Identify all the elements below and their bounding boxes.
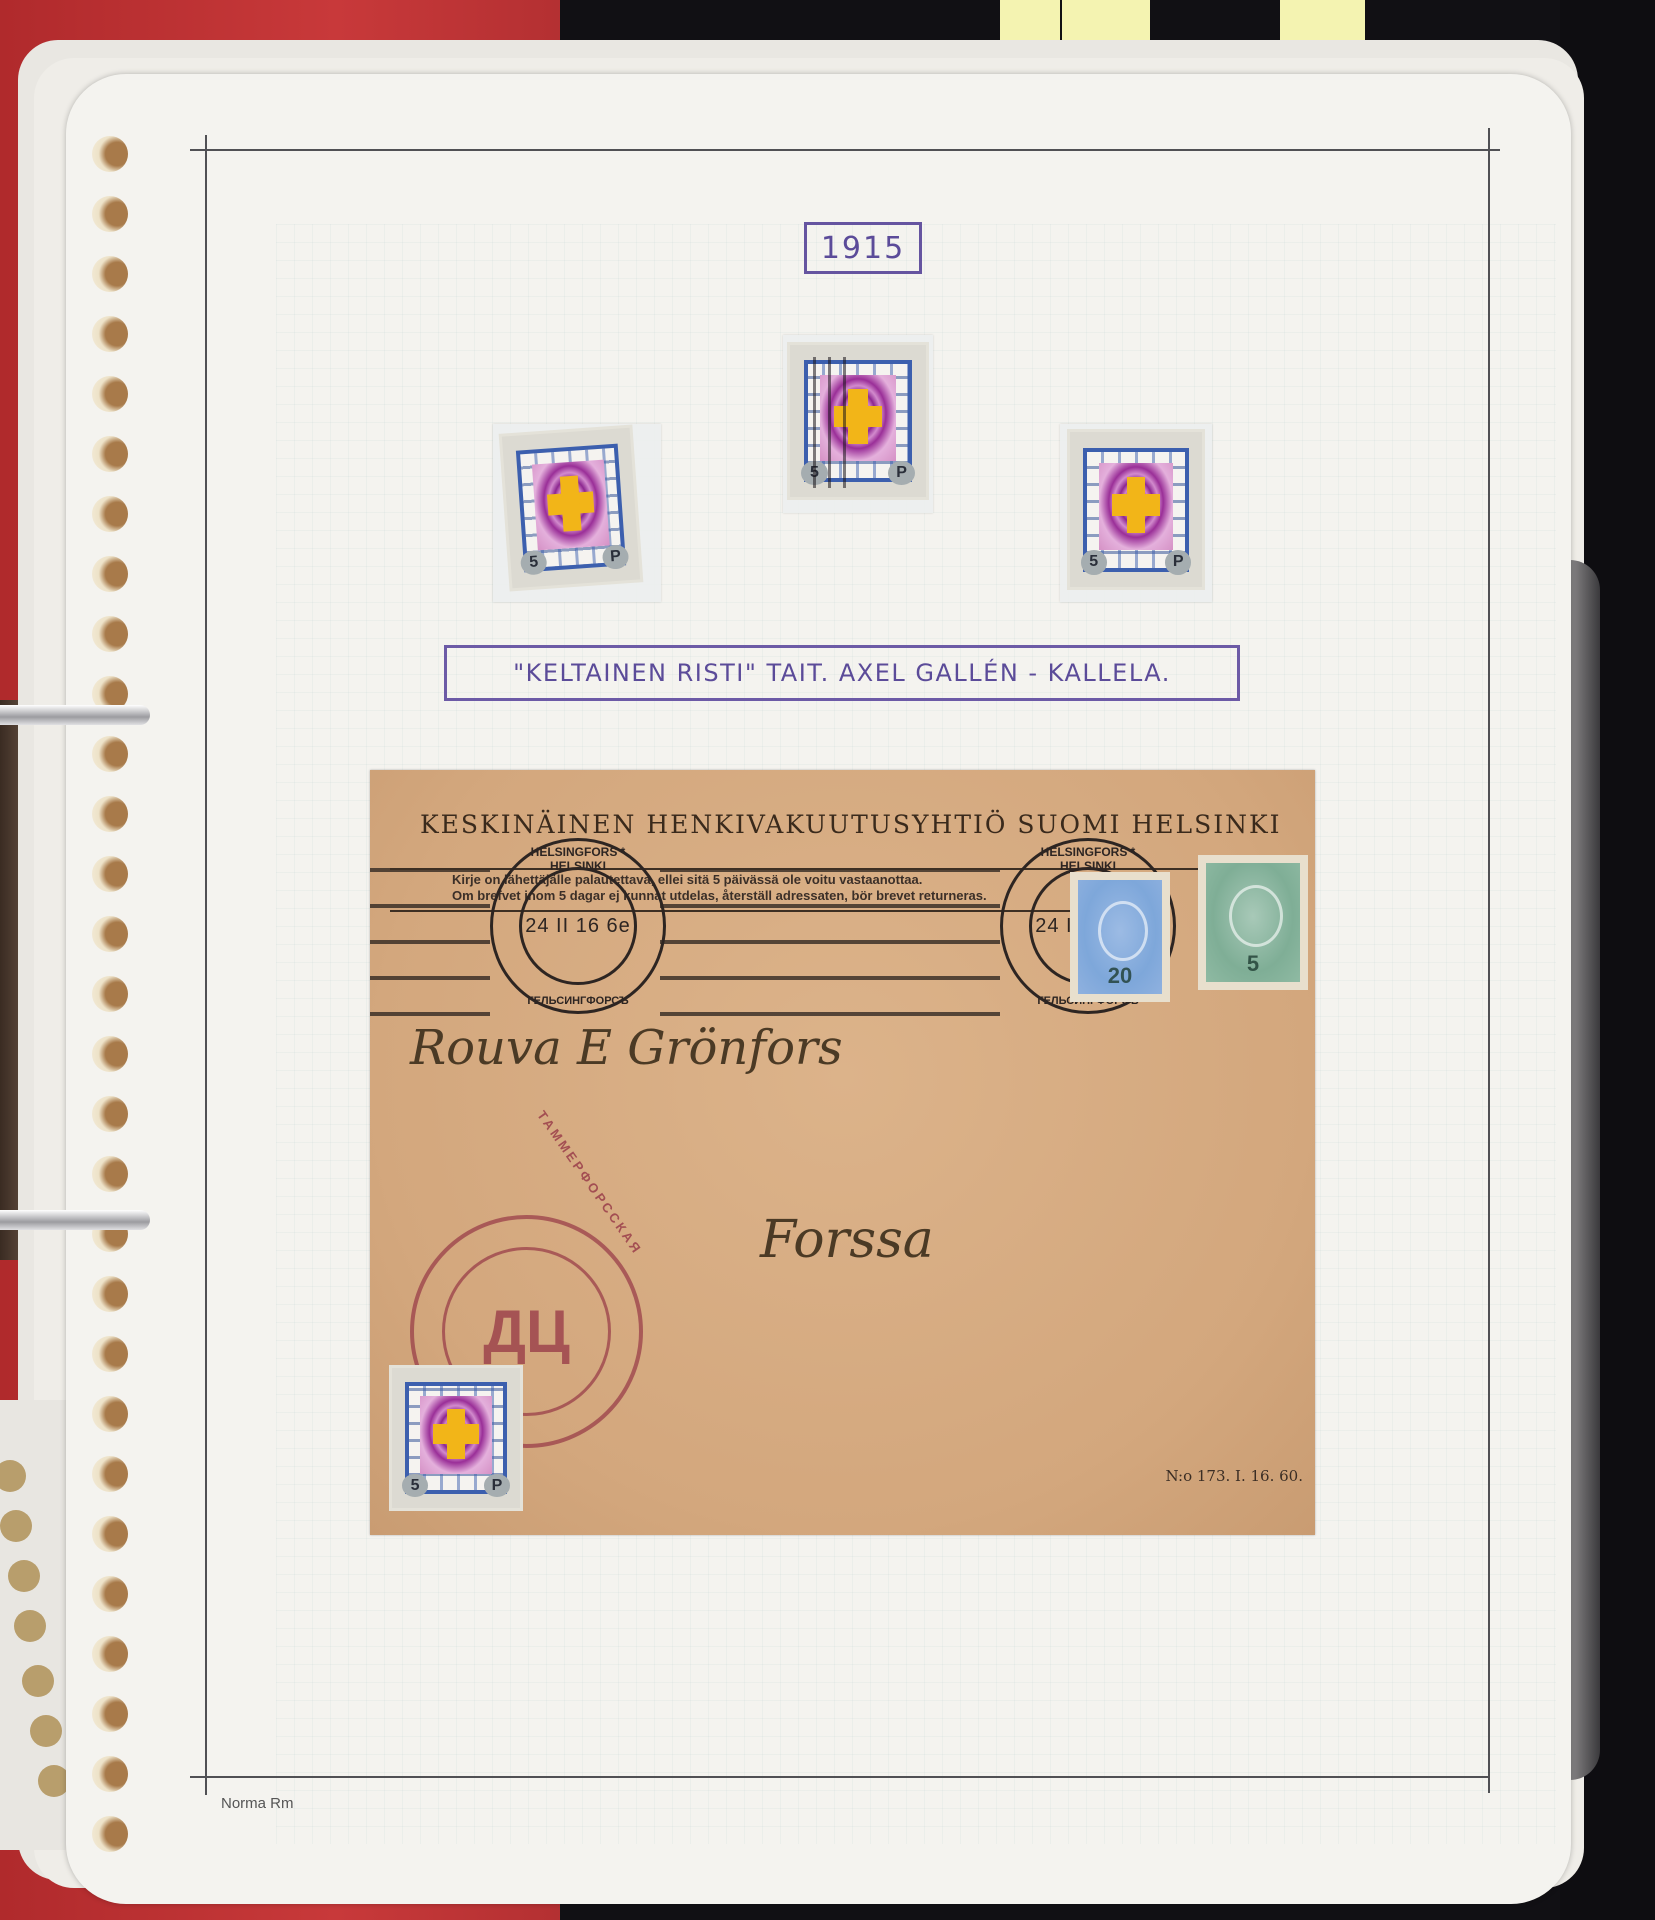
- yellow-cross-stamp-cancelled[interactable]: 5 P: [790, 345, 926, 497]
- index-tab[interactable]: [1280, 0, 1365, 42]
- binder-ring: [0, 705, 150, 725]
- yellow-cross-stamp-on-cover[interactable]: 5 P: [392, 1368, 520, 1508]
- index-tab[interactable]: [1000, 0, 1060, 42]
- form-number: N:o 173. I. 16. 60.: [1165, 1467, 1303, 1485]
- address-town: Forssa: [760, 1210, 934, 1270]
- frame-line-top: [190, 149, 1500, 151]
- address-name: Rouva E Grönfors: [410, 1020, 843, 1076]
- postal-cover[interactable]: KESKINÄINEN HENKIVAKUUTUSYHTIÖ SUOMI HEL…: [370, 770, 1315, 1535]
- yellow-cross-stamp[interactable]: 5 P: [1070, 432, 1202, 587]
- frame-line-bottom: [190, 1776, 1490, 1778]
- cover-heading: KESKINÄINEN HENKIVAKUUTUSYHTIÖ SUOMI HEL…: [420, 810, 1282, 839]
- cancellation-mark: [801, 357, 855, 488]
- binder-ring: [0, 1210, 150, 1230]
- postmark-helsinki: HELSINGFORS * HELSINKI 24 II 16 6e ГЕЛЬС…: [490, 838, 666, 1014]
- yellow-cross-stamp[interactable]: 5 P: [502, 428, 640, 589]
- russian-arms-stamp-blue[interactable]: 20: [1070, 872, 1170, 1002]
- page-brand: Norma Rm: [221, 1795, 294, 1812]
- punch-holes: [92, 104, 132, 1904]
- year-label: 1915: [804, 222, 922, 274]
- frame-line-right: [1488, 128, 1490, 1793]
- stamp-caption: "KELTAINEN RISTI" TAIT. AXEL GALLÉN - KA…: [444, 645, 1240, 701]
- frame-line-left: [205, 135, 207, 1795]
- index-tab[interactable]: [1062, 0, 1150, 42]
- russian-arms-stamp-green[interactable]: 5: [1198, 855, 1308, 990]
